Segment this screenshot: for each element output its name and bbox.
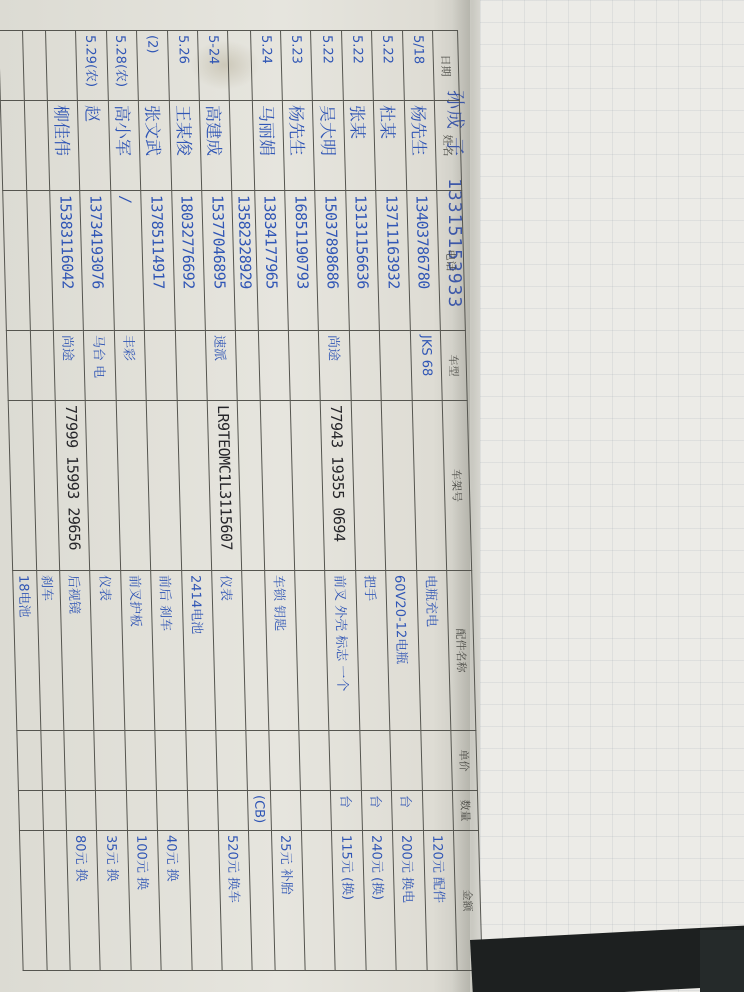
cell-model: 马台 电 bbox=[84, 331, 116, 401]
cell-price bbox=[40, 731, 65, 791]
cell-date: 5.26 bbox=[167, 31, 199, 101]
cell-phone bbox=[3, 191, 30, 331]
cell-qty bbox=[18, 791, 43, 831]
cell-vin: LR9TEOMC1L3115607 bbox=[207, 401, 242, 571]
cell-model bbox=[175, 331, 207, 401]
cell-price bbox=[185, 731, 217, 791]
cell-amount bbox=[43, 831, 70, 971]
cell-name: 杨先生 bbox=[282, 101, 315, 191]
cell-model: 速派 bbox=[205, 331, 237, 401]
cell-parts: 把手 bbox=[355, 571, 390, 731]
cell-price bbox=[268, 731, 300, 791]
cell-price bbox=[299, 731, 331, 791]
cell-qty bbox=[157, 791, 188, 831]
cell-price bbox=[216, 731, 248, 791]
cell-phone: 13403786780 bbox=[406, 191, 440, 331]
col-parts: 配件名称 bbox=[447, 571, 476, 731]
cell-model bbox=[349, 331, 381, 401]
cell-phone: 13785114917 bbox=[141, 191, 175, 331]
cell-parts: 60V20-12电瓶 bbox=[386, 571, 421, 731]
cell-model: 尚途 bbox=[53, 331, 85, 401]
col-model: 车型 bbox=[440, 331, 467, 401]
cell-amount: 25元 补胎 bbox=[271, 831, 305, 971]
cell-vin bbox=[32, 401, 60, 571]
cell-price bbox=[390, 731, 422, 791]
cell-model: 尚途 bbox=[319, 331, 351, 401]
cell-phone: 13834177965 bbox=[254, 191, 288, 331]
cell-date: 5.22 bbox=[372, 31, 404, 101]
cell-phone: 16851190793 bbox=[285, 191, 319, 331]
cell-name bbox=[230, 101, 255, 191]
cell-amount: 35元 换 bbox=[97, 831, 131, 971]
cell-parts: 车锁 钥匙 bbox=[264, 571, 299, 731]
cell-date: 5.24 bbox=[250, 31, 282, 101]
cell-date: (2) bbox=[137, 31, 169, 101]
cell-price bbox=[420, 731, 452, 791]
cell-qty: 台 bbox=[331, 791, 362, 831]
col-date: 日期 bbox=[433, 31, 460, 101]
cell-phone bbox=[26, 191, 53, 331]
cell-amount: 100元 换 bbox=[127, 831, 161, 971]
col-vin: 车架号 bbox=[442, 401, 471, 571]
cell-qty bbox=[126, 791, 157, 831]
cell-amount: 80元 换 bbox=[66, 831, 100, 971]
cell-qty: 台 bbox=[392, 791, 423, 831]
cell-qty bbox=[187, 791, 218, 831]
right-page-grid bbox=[480, 0, 744, 992]
cell-parts: 电瓶充电 bbox=[416, 571, 451, 731]
cell-vin bbox=[351, 401, 386, 571]
cell-name: 柳佳伟 bbox=[47, 101, 80, 191]
cell-parts: 前后 刹车 bbox=[151, 571, 186, 731]
cell-date: 5.22 bbox=[311, 31, 343, 101]
cell-qty bbox=[217, 791, 248, 831]
cell-phone: 13711163932 bbox=[376, 191, 410, 331]
cell-model bbox=[288, 331, 320, 401]
cell-vin bbox=[238, 401, 265, 571]
ledger-table-rotated: 日期 姓名 电话 车型 车架号 配件名称 单价 数量 金额 5/18 杨先生 1… bbox=[0, 30, 483, 970]
cell-amount bbox=[188, 831, 222, 971]
cell-vin bbox=[290, 401, 325, 571]
cell-parts: 仪表 bbox=[90, 571, 125, 731]
cell-parts bbox=[242, 571, 268, 731]
cell-vin bbox=[412, 401, 447, 571]
cell-name: 马丽娟 bbox=[252, 101, 285, 191]
cell-date: 5.29(农) bbox=[76, 31, 108, 101]
cell-qty bbox=[300, 791, 331, 831]
cell-phone: 15377046895 bbox=[202, 191, 236, 331]
col-price: 单价 bbox=[451, 731, 478, 791]
cell-name: 杜某 bbox=[374, 101, 407, 191]
cell-model: 丰彩 bbox=[114, 331, 146, 401]
cell-date: 5.23 bbox=[280, 31, 312, 101]
cell-qty bbox=[270, 791, 301, 831]
ledger-photo: 孙成 子 13315153933 日期 姓名 电话 车型 车架号 配件名称 单价… bbox=[0, 0, 744, 992]
cell-date: 5/18 bbox=[402, 31, 434, 101]
cell-vin: 77943 19355 0694 bbox=[321, 401, 356, 571]
cell-name: 高建成 bbox=[199, 101, 232, 191]
cell-phone: 18032776692 bbox=[171, 191, 205, 331]
ledger-table: 日期 姓名 电话 车型 车架号 配件名称 单价 数量 金额 5/18 杨先生 1… bbox=[0, 30, 483, 971]
cell-parts: 2414电池 bbox=[181, 571, 216, 731]
cell-name: 杨先生 bbox=[404, 101, 437, 191]
cell-phone: 15383116042 bbox=[50, 191, 84, 331]
cell-price bbox=[125, 731, 157, 791]
cell-name: 高小军 bbox=[108, 101, 141, 191]
cell-amount: 115元 (换) bbox=[332, 831, 366, 971]
cell-date bbox=[0, 31, 24, 101]
cell-price bbox=[155, 731, 187, 791]
cell-amount: 200元 换电 bbox=[393, 831, 427, 971]
cell-vin bbox=[146, 401, 181, 571]
cell-date bbox=[45, 31, 77, 101]
cell-phone: / bbox=[110, 191, 144, 331]
col-name: 姓名 bbox=[434, 101, 461, 191]
cell-name: 赵 bbox=[78, 101, 111, 191]
cell-parts: 后视镜 bbox=[60, 571, 95, 731]
cell-name bbox=[24, 101, 50, 191]
cell-amount bbox=[249, 831, 275, 971]
cell-parts: 前叉 外壳 标志 一个 bbox=[325, 571, 360, 731]
dark-cloth-corner bbox=[700, 930, 744, 992]
cell-vin bbox=[116, 401, 151, 571]
cell-date bbox=[22, 31, 47, 101]
cell-qty: 台 bbox=[361, 791, 392, 831]
cell-amount: 40元 换 bbox=[158, 831, 192, 971]
cell-parts bbox=[295, 571, 330, 731]
col-phone: 电话 bbox=[437, 191, 466, 331]
cell-vin bbox=[86, 401, 121, 571]
cell-phone: 13582328929 bbox=[232, 191, 258, 331]
cell-qty bbox=[65, 791, 96, 831]
cell-date bbox=[228, 31, 252, 101]
cell-qty: (CB) bbox=[248, 791, 271, 831]
cell-model bbox=[30, 331, 55, 401]
cell-model bbox=[6, 331, 31, 401]
cell-date: 5.22 bbox=[341, 31, 373, 101]
cell-amount: 120元 配件 bbox=[423, 831, 457, 971]
cell-price bbox=[246, 731, 270, 791]
cell-model bbox=[144, 331, 176, 401]
cell-name: 张文武 bbox=[138, 101, 171, 191]
cell-qty bbox=[96, 791, 127, 831]
cell-name bbox=[0, 101, 26, 191]
cell-qty bbox=[42, 791, 66, 831]
cell-price bbox=[64, 731, 96, 791]
cell-date: 5.28(农) bbox=[106, 31, 138, 101]
cell-name: 吴大明 bbox=[313, 101, 346, 191]
cell-phone: 13734193076 bbox=[80, 191, 114, 331]
cell-vin: 77999 15993 29656 bbox=[55, 401, 90, 571]
cell-model bbox=[380, 331, 412, 401]
cell-parts: 18电池 bbox=[13, 571, 41, 731]
cell-amount bbox=[19, 831, 46, 971]
cell-model bbox=[236, 331, 260, 401]
cell-price bbox=[17, 731, 42, 791]
cell-parts: 仪表 bbox=[212, 571, 247, 731]
cell-name: 王某俊 bbox=[169, 101, 202, 191]
cell-model bbox=[258, 331, 290, 401]
cell-date: 5-24 bbox=[197, 31, 229, 101]
cell-amount: 520元 换车 bbox=[218, 831, 252, 971]
cell-model: JKS 68 bbox=[410, 331, 442, 401]
cell-parts: 刹车 bbox=[36, 571, 64, 731]
cell-vin bbox=[177, 401, 212, 571]
cell-phone: 15037898686 bbox=[315, 191, 349, 331]
cell-name: 张某 bbox=[343, 101, 376, 191]
cell-amount bbox=[301, 831, 335, 971]
cell-vin bbox=[260, 401, 295, 571]
cell-vin bbox=[381, 401, 416, 571]
cell-price bbox=[94, 731, 126, 791]
cell-price bbox=[329, 731, 361, 791]
col-qty: 数量 bbox=[452, 791, 478, 831]
cell-price bbox=[360, 731, 392, 791]
cell-parts: 前叉护板 bbox=[120, 571, 155, 731]
cell-qty bbox=[422, 791, 453, 831]
cell-amount: 240元 (换) bbox=[362, 831, 396, 971]
cell-vin bbox=[8, 401, 36, 571]
cell-phone: 13131156636 bbox=[345, 191, 379, 331]
